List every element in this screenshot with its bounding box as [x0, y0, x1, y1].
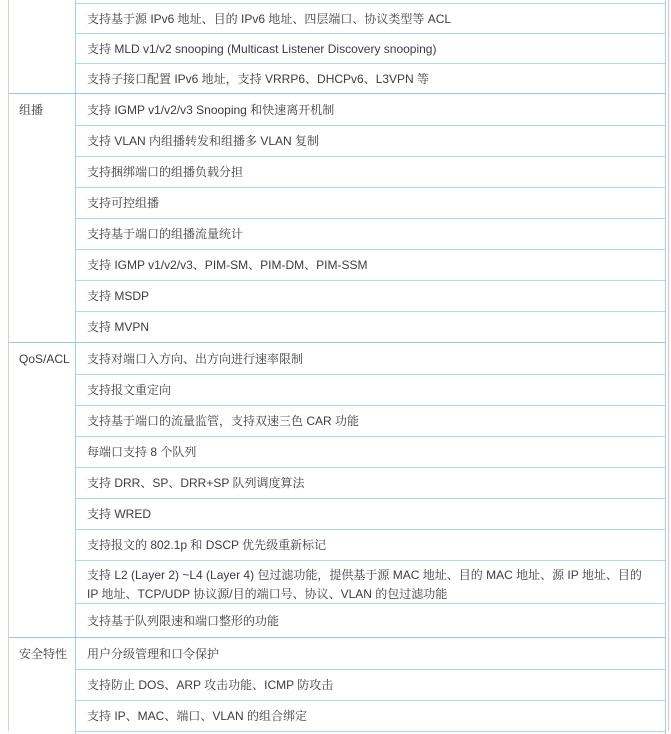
table-row: 用户分级管理和口令保护	[76, 638, 665, 669]
feature-text: 支持子接口配置 IPv6 地址，支持 VRRP6、DHCPv6、L3VPN 等	[87, 71, 429, 87]
table-row: 支持可控组播	[76, 187, 665, 218]
feature-rows: 支持基于源 IPv6 地址、目的 IPv6 地址、四层端口、协议类型等 ACL …	[76, 0, 665, 93]
feature-text: 支持可控组播	[87, 195, 159, 211]
feature-text: 支持 IGMP v1/v2/v3 Snooping 和快速离开机制	[87, 102, 334, 118]
table-row: 支持 MSDP	[76, 280, 665, 311]
table-row: 支持 IP、MAC、端口、VLAN 的组合绑定	[76, 700, 665, 731]
table-row: 支持对端口入方向、出方向进行速率限制	[76, 343, 665, 374]
table-row: 支持 L2 (Layer 2) ~L4 (Layer 4) 包过滤功能，提供基于…	[76, 560, 665, 603]
feature-text: 支持基于源 IPv6 地址、目的 IPv6 地址、四层端口、协议类型等 ACL	[87, 11, 451, 27]
feature-text: 支持 MLD v1/v2 snooping (Multicast Listene…	[87, 41, 436, 57]
feature-text: 支持报文重定向	[87, 382, 171, 398]
table-group-qos-acl: QoS/ACL 支持对端口入方向、出方向进行速率限制 支持报文重定向 支持基于端…	[9, 342, 665, 637]
category-label: 安全特性	[19, 647, 67, 662]
table-group-multicast: 组播 支持 IGMP v1/v2/v3 Snooping 和快速离开机制 支持 …	[9, 93, 665, 342]
category-cell: 组播	[9, 94, 76, 342]
category-label: QoS/ACL	[19, 352, 70, 367]
table-row: 支持 VLAN 内组播转发和组播多 VLAN 复制	[76, 125, 665, 156]
feature-text: 用户分级管理和口令保护	[87, 646, 219, 662]
table-row: 支持基于端口的组播流量统计	[76, 218, 665, 249]
category-cell: QoS/ACL	[9, 343, 76, 637]
table-row: 支持 MLD v1/v2 snooping (Multicast Listene…	[76, 33, 665, 63]
table-row: 支持报文的 802.1p 和 DSCP 优先级重新标记	[76, 529, 665, 560]
table-row: 支持基于队列限速和端口整形的功能	[76, 603, 665, 637]
feature-text: 支持 L2 (Layer 2) ~L4 (Layer 4) 包过滤功能，提供基于…	[87, 566, 653, 604]
feature-text: 支持 WRED	[87, 506, 151, 522]
spec-table-inner: 支持基于源 IPv6 地址、目的 IPv6 地址、四层端口、协议类型等 ACL …	[9, 0, 666, 731]
category-cell: 安全特性	[9, 638, 76, 731]
feature-rows: 支持 IGMP v1/v2/v3 Snooping 和快速离开机制 支持 VLA…	[76, 94, 665, 342]
feature-text: 支持 MSDP	[87, 288, 149, 304]
table-row: 支持基于源 IPv6 地址、目的 IPv6 地址、四层端口、协议类型等 ACL	[76, 3, 665, 33]
feature-text: 支持 VLAN 内组播转发和组播多 VLAN 复制	[87, 133, 319, 149]
table-row: 支持捆绑端口的组播负载分担	[76, 156, 665, 187]
table-row: 支持防止 DOS、ARP 攻击功能、ICMP 防攻击	[76, 669, 665, 700]
category-cell	[9, 0, 76, 93]
feature-text: 支持基于端口的组播流量统计	[87, 226, 243, 242]
table-group-continuation: 支持基于源 IPv6 地址、目的 IPv6 地址、四层端口、协议类型等 ACL …	[9, 0, 665, 93]
table-row: 支持报文重定向	[76, 374, 665, 405]
feature-text: 支持对端口入方向、出方向进行速率限制	[87, 351, 303, 367]
feature-text: 支持 DRR、SP、DRR+SP 队列调度算法	[87, 475, 304, 491]
feature-text: 支持报文的 802.1p 和 DSCP 优先级重新标记	[87, 537, 326, 553]
feature-text: 支持防止 DOS、ARP 攻击功能、ICMP 防攻击	[87, 677, 333, 693]
feature-text: 支持基于队列限速和端口整形的功能	[87, 613, 279, 629]
spec-table: 支持基于源 IPv6 地址、目的 IPv6 地址、四层端口、协议类型等 ACL …	[8, 0, 669, 731]
table-row: 支持 MVPN	[76, 311, 665, 342]
table-row: 每端口支持 8 个队列	[76, 436, 665, 467]
feature-rows: 用户分级管理和口令保护 支持防止 DOS、ARP 攻击功能、ICMP 防攻击 支…	[76, 638, 665, 731]
table-group-security: 安全特性 用户分级管理和口令保护 支持防止 DOS、ARP 攻击功能、ICMP …	[9, 637, 665, 731]
table-row: 支持 DRR、SP、DRR+SP 队列调度算法	[76, 467, 665, 498]
feature-text: 支持 IGMP v1/v2/v3、PIM-SM、PIM-DM、PIM-SSM	[87, 257, 367, 273]
feature-text: 支持捆绑端口的组播负载分担	[87, 164, 243, 180]
table-row: 支持 IGMP v1/v2/v3 Snooping 和快速离开机制	[76, 94, 665, 125]
table-row: 支持基于端口的流量监管，支持双速三色 CAR 功能	[76, 405, 665, 436]
table-row: 支持子接口配置 IPv6 地址，支持 VRRP6、DHCPv6、L3VPN 等	[76, 63, 665, 93]
table-row: 支持 IGMP v1/v2/v3、PIM-SM、PIM-DM、PIM-SSM	[76, 249, 665, 280]
feature-rows: 支持对端口入方向、出方向进行速率限制 支持报文重定向 支持基于端口的流量监管，支…	[76, 343, 665, 637]
feature-text: 支持 IP、MAC、端口、VLAN 的组合绑定	[87, 708, 307, 724]
feature-text: 每端口支持 8 个队列	[87, 444, 196, 460]
table-row: 支持 WRED	[76, 498, 665, 529]
feature-text: 支持基于端口的流量监管，支持双速三色 CAR 功能	[87, 413, 359, 429]
category-label: 组播	[19, 103, 43, 118]
feature-text: 支持 MVPN	[87, 319, 149, 335]
